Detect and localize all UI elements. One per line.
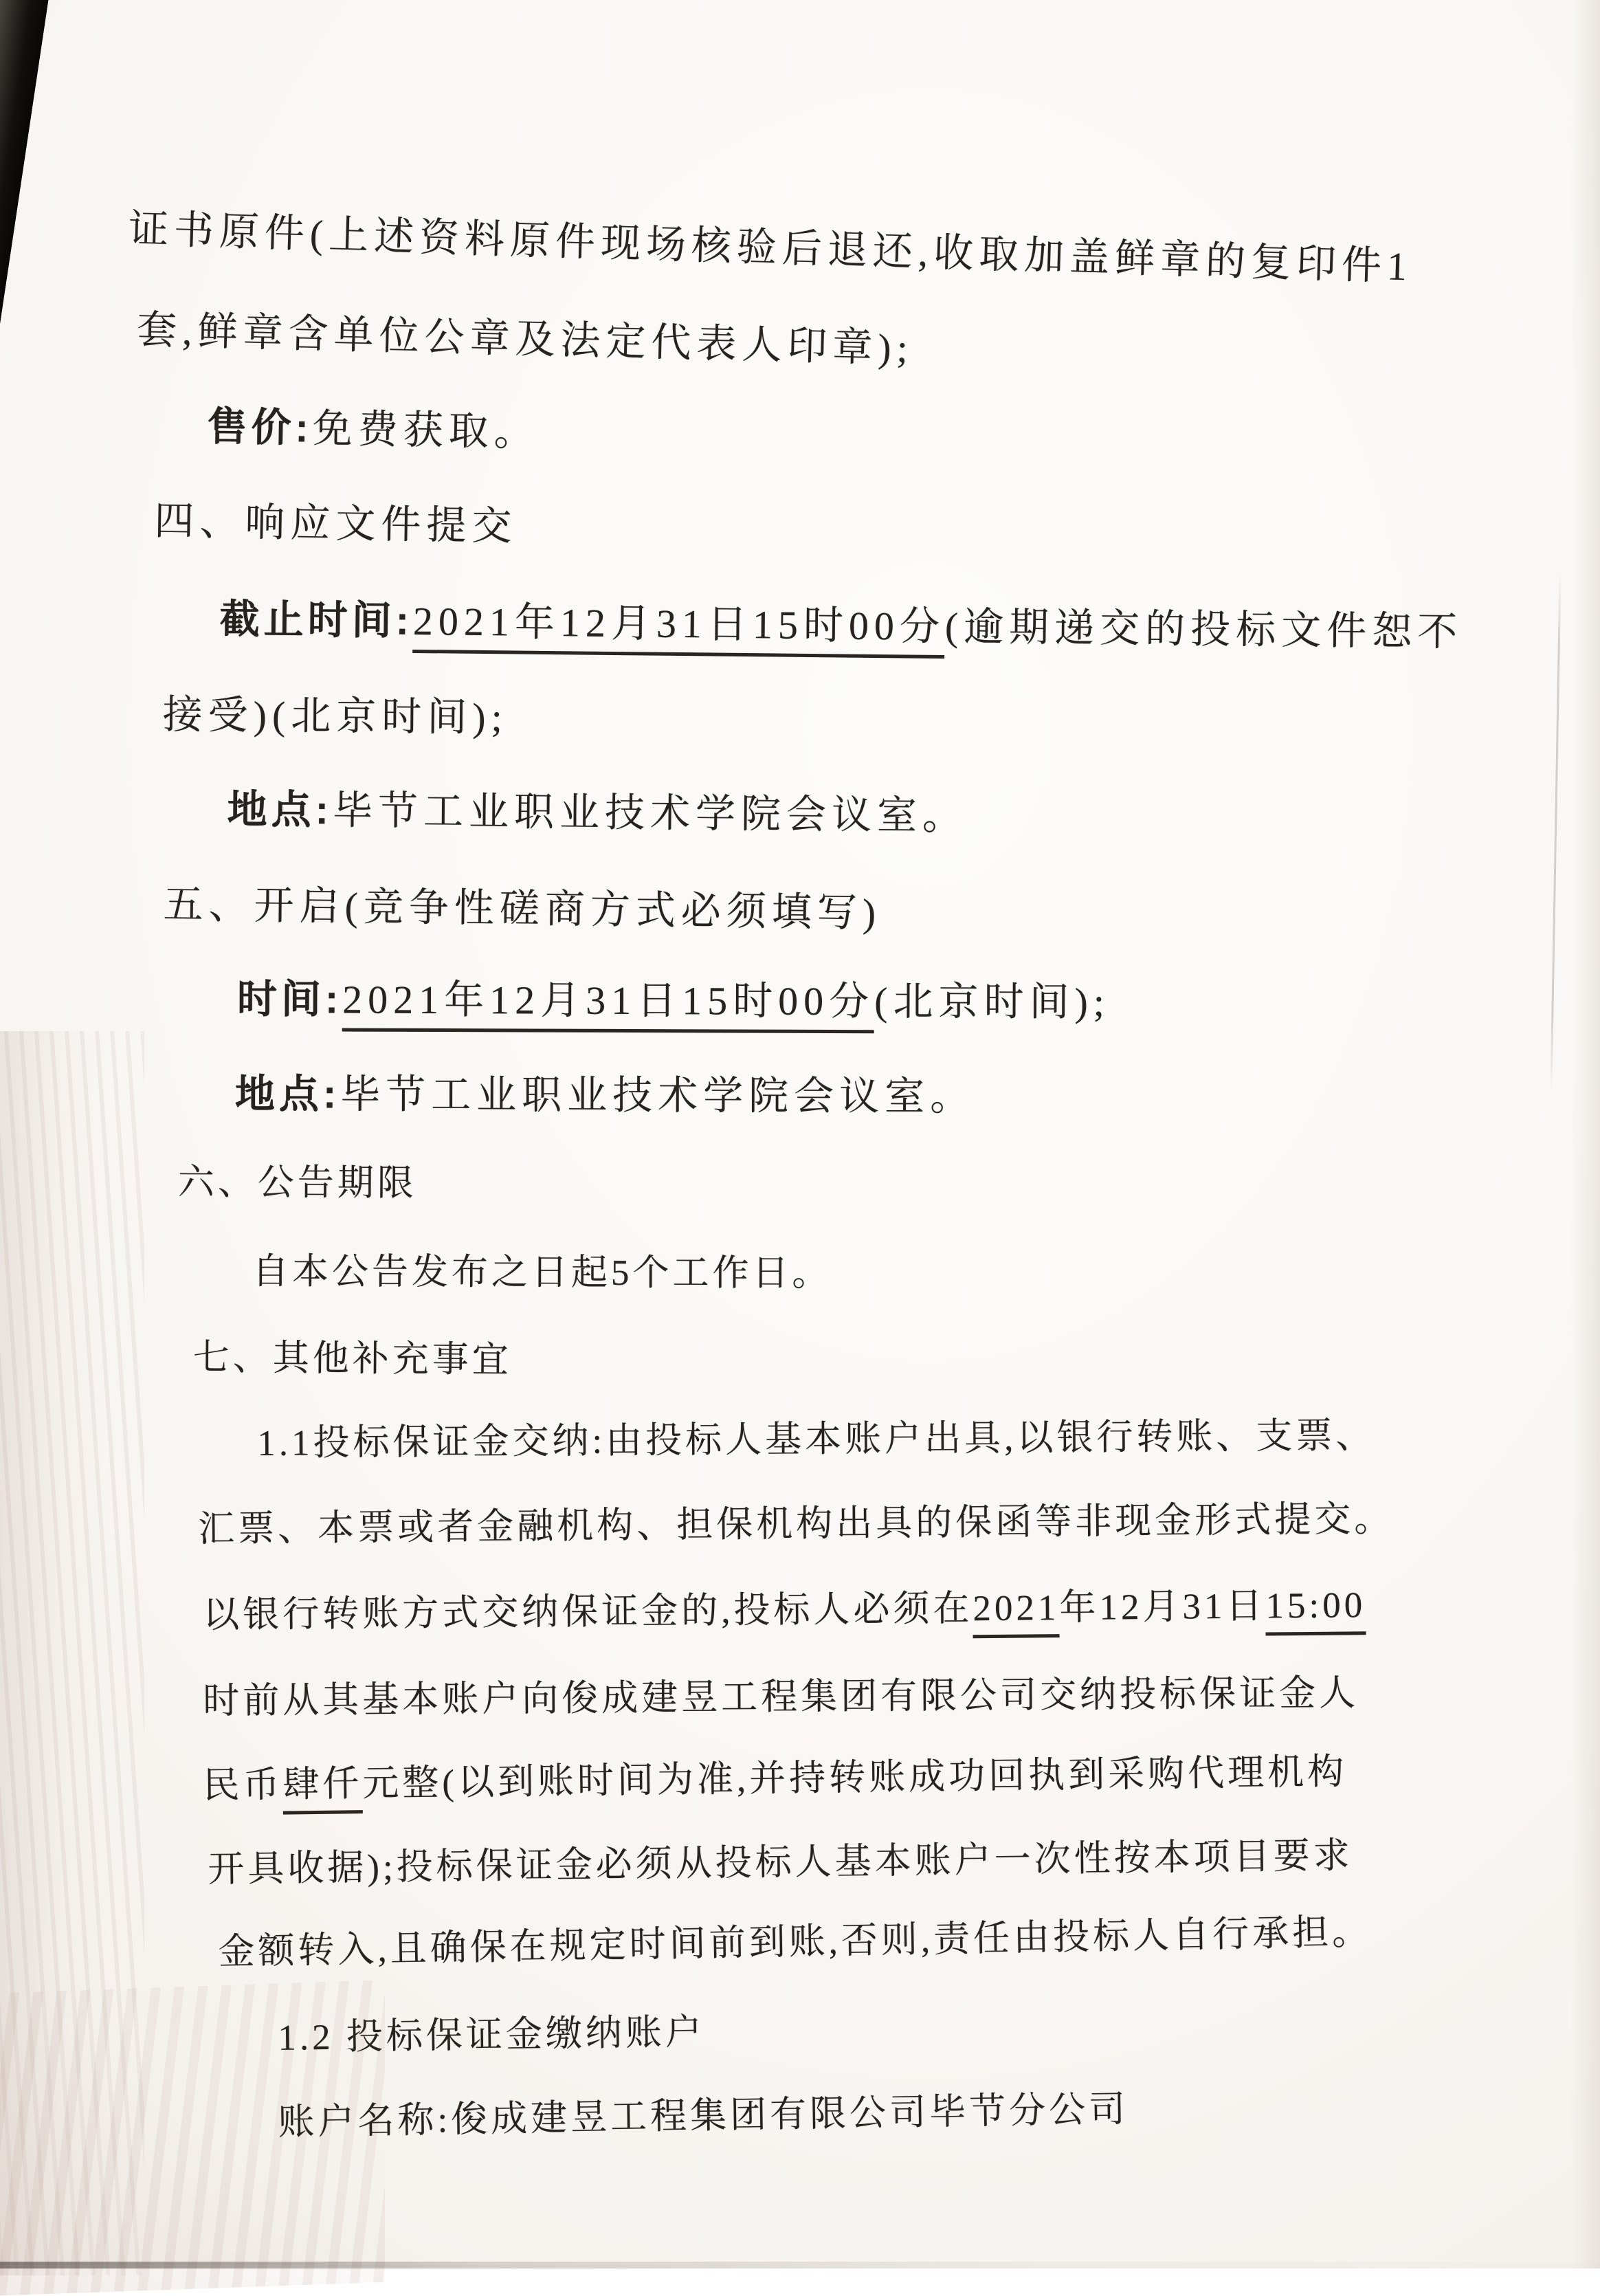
text-run: 接受)(北京时间); <box>162 692 508 740</box>
underlined-run: 15:00 <box>1265 1585 1366 1635</box>
doc-line-price: 售价:免费获取。 <box>207 404 540 456</box>
text-run: 以银行转账方式交纳保证金的,投标人必须在 <box>203 1589 973 1635</box>
text-run: 套,鲜章含单位公章及法定代表人印章); <box>136 307 913 371</box>
doc-line-deposit-4: 时前从其基本账户向俊成建昱工程集团有限公司交纳投标保证金人 <box>203 1673 1359 1723</box>
bold-label-run: 时间: <box>237 977 343 1022</box>
scan-shadow-top-left <box>0 0 62 713</box>
scan-shadow-bottom-edge <box>0 2262 1600 2269</box>
text-run: 汇票、本票或者金融机构、担保机构出具的保函等非现金形式提交。 <box>198 1499 1394 1549</box>
text-run: 年12月31日 <box>1059 1587 1265 1629</box>
doc-heading-deposit-account: 1.2 投标保证金缴纳账户 <box>278 2011 705 2060</box>
doc-line-deposit-2: 汇票、本票或者金融机构、担保机构出具的保函等非现金形式提交。 <box>198 1499 1394 1551</box>
text-run: 毕节工业职业技术学院会议室。 <box>333 788 968 838</box>
text-run: 七、其他补充事宜 <box>192 1338 511 1380</box>
doc-heading-section-6: 六、公告期限 <box>178 1162 417 1205</box>
text-run: 元整(以到账时间为准,并持转账成功回执到采购代理机构 <box>362 1752 1348 1804</box>
underlined-run: 2021 <box>973 1588 1060 1638</box>
text-run: 民币 <box>203 1765 283 1806</box>
bold-label-run: 售价: <box>207 404 313 451</box>
text-run: 六、公告期限 <box>178 1162 417 1204</box>
underlined-run: 2021年12月31日15时00分 <box>342 978 874 1034</box>
scanned-document-page: 证书原件(上述资料原件现场核验后退还,收取加盖鲜章的复印件1 套,鲜章含单位公章… <box>0 0 1600 2269</box>
doc-line-deadline: 截止时间:2021年12月31日15时00分(逾期递交的投标文件恕不 <box>219 597 1463 656</box>
doc-line-deadline-cont: 接受)(北京时间); <box>162 692 508 741</box>
doc-line-seal-note: 套,鲜章含单位公章及法定代表人印章); <box>136 307 913 372</box>
text-run: 1.1投标保证金交纳:由投标人基本账户出具,以银行转账、支票、 <box>257 1416 1376 1464</box>
text-run: 四、响应文件提交 <box>154 498 518 549</box>
doc-heading-section-7: 七、其他补充事宜 <box>192 1337 512 1382</box>
scan-crease-line-right <box>1550 571 1561 1093</box>
text-run: 账户名称:俊成建昱工程集团有限公司毕节分公司 <box>278 2090 1129 2143</box>
doc-line-deposit-3: 以银行转账方式交纳保证金的,投标人必须在2021年12月31日15:00 <box>203 1585 1366 1637</box>
bold-label-run: 地点: <box>235 1072 341 1117</box>
doc-line-announcement-period: 自本公告发布之日起5个工作日。 <box>252 1251 832 1295</box>
doc-line-deposit-7: 金额转入,且确保在规定时间前到账,否则,责任由投标人自行承担。 <box>218 1912 1373 1974</box>
bold-label-run: 截止时间: <box>219 597 413 643</box>
doc-line-opening-place: 地点:毕节工业职业技术学院会议室。 <box>235 1072 976 1120</box>
doc-line-submission-place: 地点:毕节工业职业技术学院会议室。 <box>227 787 968 839</box>
doc-line-account-name: 账户名称:俊成建昱工程集团有限公司毕节分公司 <box>278 2089 1129 2144</box>
doc-line-opening-time: 时间:2021年12月31日15时00分(北京时间); <box>237 977 1110 1026</box>
text-run: (北京时间); <box>874 979 1110 1024</box>
text-run: 自本公告发布之日起5个工作日。 <box>252 1252 832 1294</box>
underlined-run: 肆仟 <box>282 1764 363 1814</box>
text-run: 金额转入,且确保在规定时间前到账,否则,责任由投标人自行承担。 <box>218 1912 1373 1972</box>
doc-line-certificate-originals: 证书原件(上述资料原件现场核验后退还,收取加盖鲜章的复印件1 <box>128 206 1413 290</box>
doc-heading-section-4: 四、响应文件提交 <box>154 498 518 550</box>
doc-line-deposit-6: 开具收据);投标保证金必须从投标人基本账户一次性按本项目要求 <box>208 1835 1353 1891</box>
text-run: (逾期递交的投标文件恕不 <box>945 604 1463 654</box>
text-run: 毕节工业职业技术学院会议室。 <box>340 1072 975 1119</box>
text-run: 证书原件(上述资料原件现场核验后退还,收取加盖鲜章的复印件1 <box>128 206 1413 289</box>
bold-label-run: 地点: <box>227 787 333 832</box>
underlined-run: 2021年12月31日15时00分 <box>412 599 945 659</box>
doc-heading-section-5: 五、开启(竞争性磋商方式必须填写) <box>163 882 881 936</box>
text-run: 时前从其基本账户向俊成建昱工程集团有限公司交纳投标保证金人 <box>203 1673 1359 1721</box>
scan-shade-right-edge <box>1571 0 1600 2269</box>
text-run: 开具收据);投标保证金必须从投标人基本账户一次性按本项目要求 <box>208 1836 1353 1890</box>
text-run: 1.2 投标保证金缴纳账户 <box>278 2012 705 2058</box>
text-run: 五、开启(竞争性磋商方式必须填写) <box>163 882 881 936</box>
doc-line-deposit-5: 民币肆仟元整(以到账时间为准,并持转账成功回执到采购代理机构 <box>203 1752 1348 1807</box>
text-run: 免费获取。 <box>312 406 540 455</box>
doc-line-deposit-1: 1.1投标保证金交纳:由投标人基本账户出具,以银行转账、支票、 <box>257 1415 1376 1465</box>
